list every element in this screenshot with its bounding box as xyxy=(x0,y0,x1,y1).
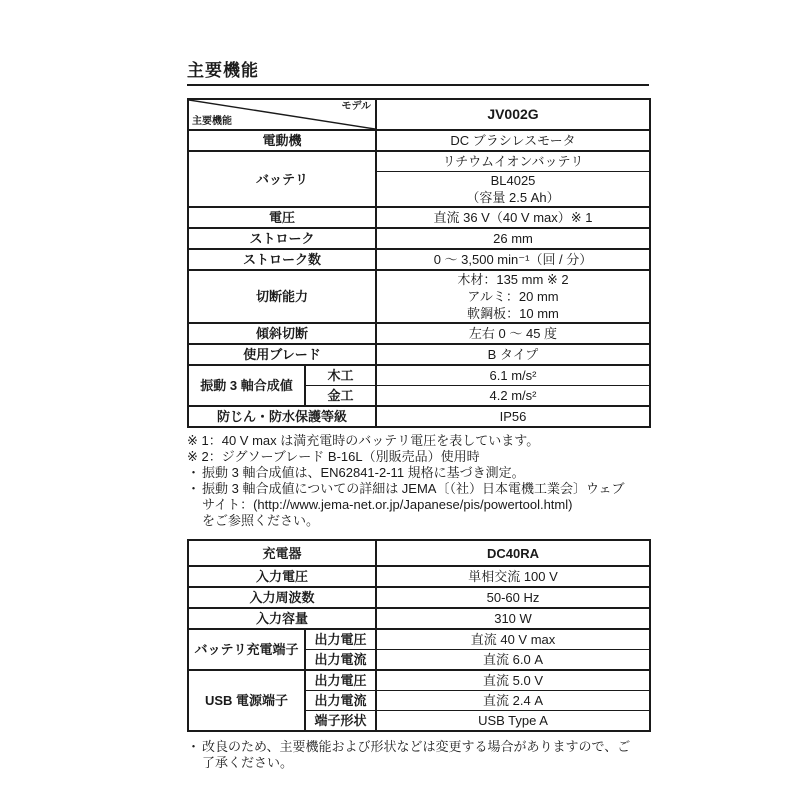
spec-label-protection: 防じん・防水保護等級 xyxy=(188,406,376,427)
charger-sublabel-usb-shape: 端子形状 xyxy=(305,711,376,732)
spec-value-protection: IP56 xyxy=(376,406,650,427)
spec-label-stroke: ストローク xyxy=(188,228,376,249)
spec-label-blade: 使用ブレード xyxy=(188,344,376,365)
battery-model: BL4025 xyxy=(491,173,536,188)
charger-value-bt-voltage: 直流 40 V max xyxy=(376,629,650,650)
spec-value-voltage: 直流 36 V（40 V max）※ 1 xyxy=(376,207,650,228)
cutting-wood: 木材：135 mm ※ 2 xyxy=(457,272,568,287)
charger-header-row: 充電器 DC40RA xyxy=(188,540,650,566)
spec-value-vibration-wood: 6.1 m/s² xyxy=(376,365,650,386)
footnote-2-text: ※ 2：ジグソーブレード B-16L（別販売品）使用時 xyxy=(187,449,480,465)
spec-label-voltage: 電圧 xyxy=(188,207,376,228)
spec-value-motor: DC ブラシレスモータ xyxy=(376,130,650,151)
charger-value-usb-current: 直流 2.4 A xyxy=(376,691,650,711)
bullet-icon: ・ xyxy=(187,481,202,529)
battery-capacity: （容量 2.5 Ah） xyxy=(466,190,559,205)
charger-label-usb-terminal: USB 電源端子 xyxy=(188,670,305,731)
cutting-steel: 軟鋼板：10 mm xyxy=(467,306,559,321)
model-value: JV002G xyxy=(376,99,650,130)
spec-sublabel-vibration-wood: 木工 xyxy=(305,365,376,386)
spec-value-battery-type: リチウムイオンバッテリ xyxy=(376,151,650,172)
charger-label-input-capacity: 入力容量 xyxy=(188,608,376,629)
footnote-1-text: ※ 1：40 V max は満充電時のバッテリ電圧を表しています。 xyxy=(187,433,539,449)
charger-value-input-voltage: 単相交流 100 V xyxy=(376,566,650,587)
spec-header-row: モデル 主要機能 JV002G xyxy=(188,99,650,130)
charger-row-input-frequency: 入力周波数 50-60 Hz xyxy=(188,587,650,608)
spec-row-voltage: 電圧 直流 36 V（40 V max）※ 1 xyxy=(188,207,650,228)
footnote-4: ・ 振動 3 軸合成値についての詳細は JEMA〔（社）日本電機工業会〕ウェブ … xyxy=(187,481,649,529)
spec-value-stroke: 26 mm xyxy=(376,228,650,249)
spec-row-stroke-rate: ストローク数 0 ～ 3,500 min⁻¹（回 / 分） xyxy=(188,249,650,270)
spec-row-battery-type: バッテリ リチウムイオンバッテリ xyxy=(188,151,650,172)
footnote-1: ※ 1：40 V max は満充電時のバッテリ電圧を表しています。 xyxy=(187,433,649,449)
title-underline xyxy=(187,84,649,86)
bullet-icon: ・ xyxy=(187,739,202,771)
spec-table: モデル 主要機能 JV002G 電動機 DC ブラシレスモータ バッテリ リチウ… xyxy=(187,98,651,428)
charger-model-value: DC40RA xyxy=(376,540,650,566)
footnote-4-line2: サイト：(http://www.jema-net.or.jp/Japanese/… xyxy=(202,497,572,512)
footnote-4-line3: をご参照ください。 xyxy=(202,513,319,528)
footnote-4-line1: 振動 3 軸合成値についての詳細は JEMA〔（社）日本電機工業会〕ウェブ xyxy=(202,481,624,496)
footnote-3: ・ 振動 3 軸合成値は、EN62841-2-11 規格に基づき測定。 xyxy=(187,465,649,481)
manual-page: 主要機能 モデル 主要機能 JV002G 電動機 xyxy=(0,0,800,800)
spec-row-bevel: 傾斜切断 左右 0 ～ 45 度 xyxy=(188,323,650,344)
charger-value-input-capacity: 310 W xyxy=(376,608,650,629)
footnote-4-text: 振動 3 軸合成値についての詳細は JEMA〔（社）日本電機工業会〕ウェブ サイ… xyxy=(202,481,624,529)
spec-value-stroke-rate: 0 ～ 3,500 min⁻¹（回 / 分） xyxy=(376,249,650,270)
spec-value-vibration-metal: 4.2 m/s² xyxy=(376,386,650,407)
charger-sublabel-bt-voltage: 出力電圧 xyxy=(305,629,376,650)
charger-row-usb-voltage: USB 電源端子 出力電圧 直流 5.0 V xyxy=(188,670,650,691)
page-title: 主要機能 xyxy=(187,60,649,82)
charger-row-input-capacity: 入力容量 310 W xyxy=(188,608,650,629)
spec-row-motor: 電動機 DC ブラシレスモータ xyxy=(188,130,650,151)
spec-label-cutting: 切断能力 xyxy=(188,270,376,323)
bullet-icon: ・ xyxy=(187,465,202,481)
charger-sublabel-bt-current: 出力電流 xyxy=(305,650,376,671)
corner-model-label: モデル xyxy=(342,101,372,113)
footnote-3-text: 振動 3 軸合成値は、EN62841-2-11 規格に基づき測定。 xyxy=(202,465,525,481)
spec-row-stroke: ストローク 26 mm xyxy=(188,228,650,249)
charger-value-input-frequency: 50-60 Hz xyxy=(376,587,650,608)
spec-row-blade: 使用ブレード B タイプ xyxy=(188,344,650,365)
disclaimer-line1: 改良のため、主要機能および形状などは変更する場合がありますので、ご xyxy=(202,739,630,754)
charger-row-input-voltage: 入力電圧 単相交流 100 V xyxy=(188,566,650,587)
corner-cell: モデル 主要機能 xyxy=(188,99,376,130)
spec-label-motor: 電動機 xyxy=(188,130,376,151)
spec-value-bevel: 左右 0 ～ 45 度 xyxy=(376,323,650,344)
disclaimer-text: 改良のため、主要機能および形状などは変更する場合がありますので、ご 了承ください… xyxy=(202,739,630,771)
charger-label: 充電器 xyxy=(188,540,376,566)
spec-value-battery-model: BL4025 （容量 2.5 Ah） xyxy=(376,172,650,208)
spec-label-stroke-rate: ストローク数 xyxy=(188,249,376,270)
charger-label-battery-terminal: バッテリ充電端子 xyxy=(188,629,305,670)
charger-value-usb-shape: USB Type A xyxy=(376,711,650,732)
spec-section: 主要機能 モデル 主要機能 JV002G 電動機 xyxy=(187,60,649,771)
charger-table: 充電器 DC40RA 入力電圧 単相交流 100 V 入力周波数 50-60 H… xyxy=(187,539,651,732)
spec-label-battery: バッテリ xyxy=(188,151,376,207)
spec-row-cutting: 切断能力 木材：135 mm ※ 2 アルミ：20 mm 軟鋼板：10 mm xyxy=(188,270,650,323)
cutting-aluminum: アルミ：20 mm xyxy=(467,289,558,304)
charger-value-bt-current: 直流 6.0 A xyxy=(376,650,650,671)
spec-row-vibration-wood: 振動 3 軸合成値 木工 6.1 m/s² xyxy=(188,365,650,386)
spec-value-blade: B タイプ xyxy=(376,344,650,365)
charger-sublabel-usb-voltage: 出力電圧 xyxy=(305,670,376,691)
charger-row-bt-voltage: バッテリ充電端子 出力電圧 直流 40 V max xyxy=(188,629,650,650)
spec-sublabel-vibration-metal: 金工 xyxy=(305,386,376,407)
spec-label-vibration: 振動 3 軸合成値 xyxy=(188,365,305,406)
charger-sublabel-usb-current: 出力電流 xyxy=(305,691,376,711)
charger-label-input-frequency: 入力周波数 xyxy=(188,587,376,608)
corner-feature-label: 主要機能 xyxy=(192,116,232,128)
spec-row-protection: 防じん・防水保護等級 IP56 xyxy=(188,406,650,427)
spec-value-cutting: 木材：135 mm ※ 2 アルミ：20 mm 軟鋼板：10 mm xyxy=(376,270,650,323)
spec-label-bevel: 傾斜切断 xyxy=(188,323,376,344)
charger-label-input-voltage: 入力電圧 xyxy=(188,566,376,587)
footnotes: ※ 1：40 V max は満充電時のバッテリ電圧を表しています。 ※ 2：ジグ… xyxy=(187,433,649,529)
footnote-2: ※ 2：ジグソーブレード B-16L（別販売品）使用時 xyxy=(187,449,649,465)
disclaimer-note: ・ 改良のため、主要機能および形状などは変更する場合がありますので、ご 了承くだ… xyxy=(187,739,649,771)
disclaimer-line2: 了承ください。 xyxy=(202,755,293,770)
charger-value-usb-voltage: 直流 5.0 V xyxy=(376,670,650,691)
